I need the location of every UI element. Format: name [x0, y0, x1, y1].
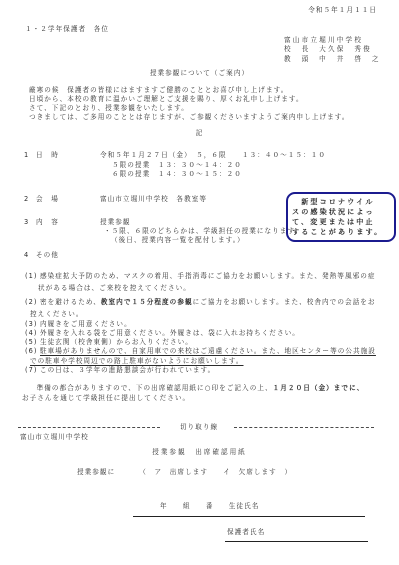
covid-notice-box: 新型コロナウイル スの感染状況によっ て、変更または中止 することがあります。: [286, 192, 396, 242]
note-2-line-1: 密を避けるため、教室内で１５分程度の参観にご協力をお願いします。また、校舎内での…: [40, 298, 376, 307]
note-5-line-1: 生徒玄関（校舎東側）からお入りください。: [40, 338, 193, 347]
content-sub1: ・５限、６限のどちらかは、学級担任の授業になります。: [104, 227, 302, 236]
covid-notice-line-2: スの感染状況によっ: [292, 207, 391, 217]
covid-notice-line-1: 新型コロナウイル: [292, 197, 391, 207]
note-7-line-1: この日は、３学年の進路懇談会が行われています。: [40, 366, 215, 375]
closing-line-2: お子さんを通じて学級担任に提出してください。: [22, 394, 190, 403]
note-2-bold: 教室内で１５分程度の参観: [101, 298, 193, 306]
slip-school: 富山市立堀川中学校: [20, 433, 89, 442]
cut-line-dash-right: [234, 427, 374, 428]
slip-choice-line: 授業参観に（ ア 出席します イ 欠席します ）: [77, 468, 292, 477]
note-5-number: (5): [25, 338, 38, 347]
section-2-number: 2: [24, 195, 29, 204]
cut-line: 切り取り線: [18, 423, 374, 432]
section-3-label: 内 容: [36, 218, 59, 227]
note-4-line-1: 外履きを入れる袋をご用意ください。外履きは、袋に入れお持ちください。: [40, 329, 300, 338]
datetime-main: 令和５年１月２７日（金） ５，６限 １３：４０～１５：１０: [100, 151, 326, 160]
section-2-label: 会 場: [36, 195, 59, 204]
issue-date: 令和５年１月１１日: [308, 6, 377, 15]
note-3-line-1: 内履きをご用意ください。: [40, 320, 132, 329]
closing-deadline: １月２０日（金）までに、: [273, 384, 365, 392]
note-1-line-2: 状がある場合は、ご来校を控えてください。: [38, 284, 191, 293]
sender-school: 富山市立堀川中学校: [284, 36, 381, 45]
section-4-label: その他: [36, 251, 59, 260]
greeting-line-4: つきましては、ご多用のこととは存じますが、ご参観くださいますようご案内申し上げま…: [29, 113, 350, 122]
content-sub2: （後日、授業内容一覧を配付します。）: [111, 236, 245, 245]
covid-notice-line-4: することがあります。: [292, 227, 391, 237]
note-6-line-1: 駐車場がありませんので、自家用車での来校はご遠慮ください。また、地区センター等の…: [40, 347, 376, 356]
closing-pre: 準備の都合がありますので、下の出席確認用紙に○印をご記入の上、: [29, 384, 273, 392]
sender-principal: 校 長 大久保 秀俊: [284, 45, 381, 54]
cut-line-label: 切り取り線: [180, 423, 218, 432]
student-name-field: 年 組 番 生徒氏名: [133, 502, 365, 517]
slip-lead: 授業参観に: [77, 468, 115, 476]
parent-name-field: 保護者氏名: [225, 528, 368, 542]
closing-line-1: 準備の都合がありますので、下の出席確認用紙に○印をご記入の上、１月２０日（金）ま…: [29, 384, 364, 393]
greeting-line-2: 日頃から、本校の教育に温かいご理解とご支援を賜り、厚くお礼申し上げます。: [29, 95, 350, 104]
note-2-line-2: 控えください。: [30, 310, 84, 319]
note-4-number: (4): [25, 329, 38, 338]
note-2-pre: 密を避けるため、: [40, 298, 101, 306]
note-1-line-1: 感染症拡大予防のため、マスクの着用、手指消毒にご協力をお願いします。また、発熱等…: [40, 272, 376, 281]
note-6-line-2: での駐車や学校周辺での路上駐車がないようにお願いします。: [30, 357, 244, 366]
sender-vice-principal: 教 頭 中 井 啓 之: [284, 55, 381, 64]
covid-notice-line-3: て、変更または中止: [292, 217, 391, 227]
student-field-labels: 年 組 番 生徒氏名: [160, 502, 259, 511]
slip-title: 授業参観 出席確認用紙: [0, 448, 399, 457]
sender-block: 富山市立堀川中学校 校 長 大久保 秀俊 教 頭 中 井 啓 之: [284, 36, 381, 64]
addressee: １・２学年保護者 各位: [25, 25, 109, 34]
datetime-period6: ６限の授業 １４：３０～１５：２０: [112, 170, 242, 179]
note-2-number: (2): [25, 298, 38, 307]
section-1-label: 日 時: [36, 151, 59, 160]
datetime-period5: ５限の授業 １３：３０～１４：２０: [112, 161, 242, 170]
greeting-line-3: さて、下記のとおり、授業参観をいたします。: [29, 104, 350, 113]
greeting-paragraph: 厳寒の候 保護者の皆様にはますますご健勝のこととお喜び申し上げます。 日頃から、…: [29, 86, 350, 122]
note-1-number: (1): [25, 272, 38, 281]
slip-options: （ ア 出席します イ 欠席します ）: [139, 468, 292, 476]
note-6-number: (6): [25, 347, 38, 356]
greeting-line-1: 厳寒の候 保護者の皆様にはますますご健勝のこととお喜び申し上げます。: [29, 86, 350, 95]
content-text: 授業参観: [100, 218, 131, 227]
section-4-number: 4: [24, 251, 29, 260]
document-title: 授業参観について（ご案内）: [0, 69, 399, 78]
venue-text: 富山市立堀川中学校 各教室等: [100, 195, 207, 204]
note-2-post: にご協力をお願いします。また、校舎内での会話をお: [193, 298, 376, 306]
cut-line-dash-left: [18, 427, 160, 428]
parent-field-label: 保護者氏名: [227, 528, 265, 537]
note-3-number: (3): [25, 320, 38, 329]
document-page: 令和５年１月１１日 １・２学年保護者 各位 富山市立堀川中学校 校 長 大久保 …: [0, 0, 399, 565]
note-7-number: (7): [25, 366, 38, 375]
section-1-number: 1: [24, 151, 29, 160]
record-mark: 記: [0, 129, 399, 138]
section-3-number: 3: [24, 218, 29, 227]
